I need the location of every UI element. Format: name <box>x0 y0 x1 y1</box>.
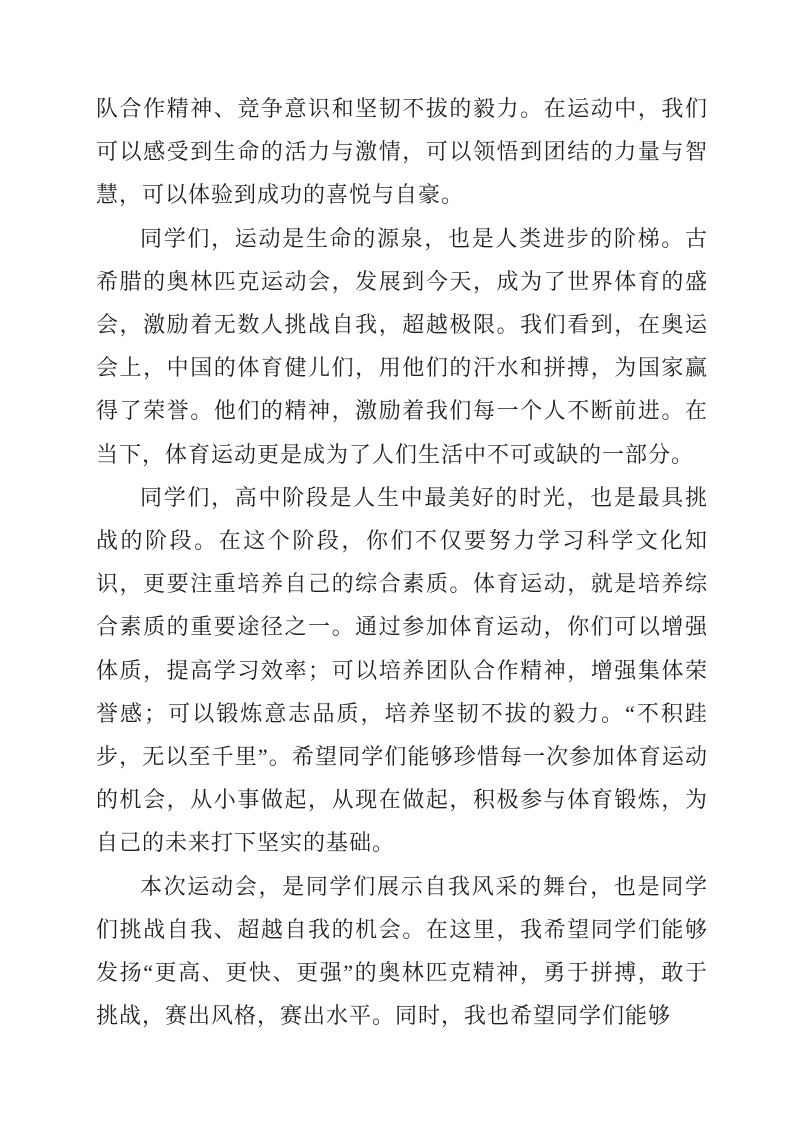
document-page: 队合作精神、竞争意识和坚韧不拔的毅力。在运动中，我们可以感受到生命的活力与激情，… <box>0 0 793 1122</box>
paragraph-sports-origin: 同学们，运动是生命的源泉，也是人类进步的阶梯。古希腊的奥林匹克运动会，发展到今天… <box>96 217 708 476</box>
paragraph-continuation: 队合作精神、竞争意识和坚韧不拔的毅力。在运动中，我们可以感受到生命的活力与激情，… <box>96 87 708 217</box>
paragraph-high-school-stage: 同学们，高中阶段是人生中最美好的时光，也是最具挑战的阶段。在这个阶段，你们不仅要… <box>96 476 708 865</box>
paragraph-sports-meeting: 本次运动会，是同学们展示自我风采的舞台，也是同学们挑战自我、超越自我的机会。在这… <box>96 865 708 1038</box>
text-content: 队合作精神、竞争意识和坚韧不拔的毅力。在运动中，我们可以感受到生命的活力与激情，… <box>96 87 708 1037</box>
